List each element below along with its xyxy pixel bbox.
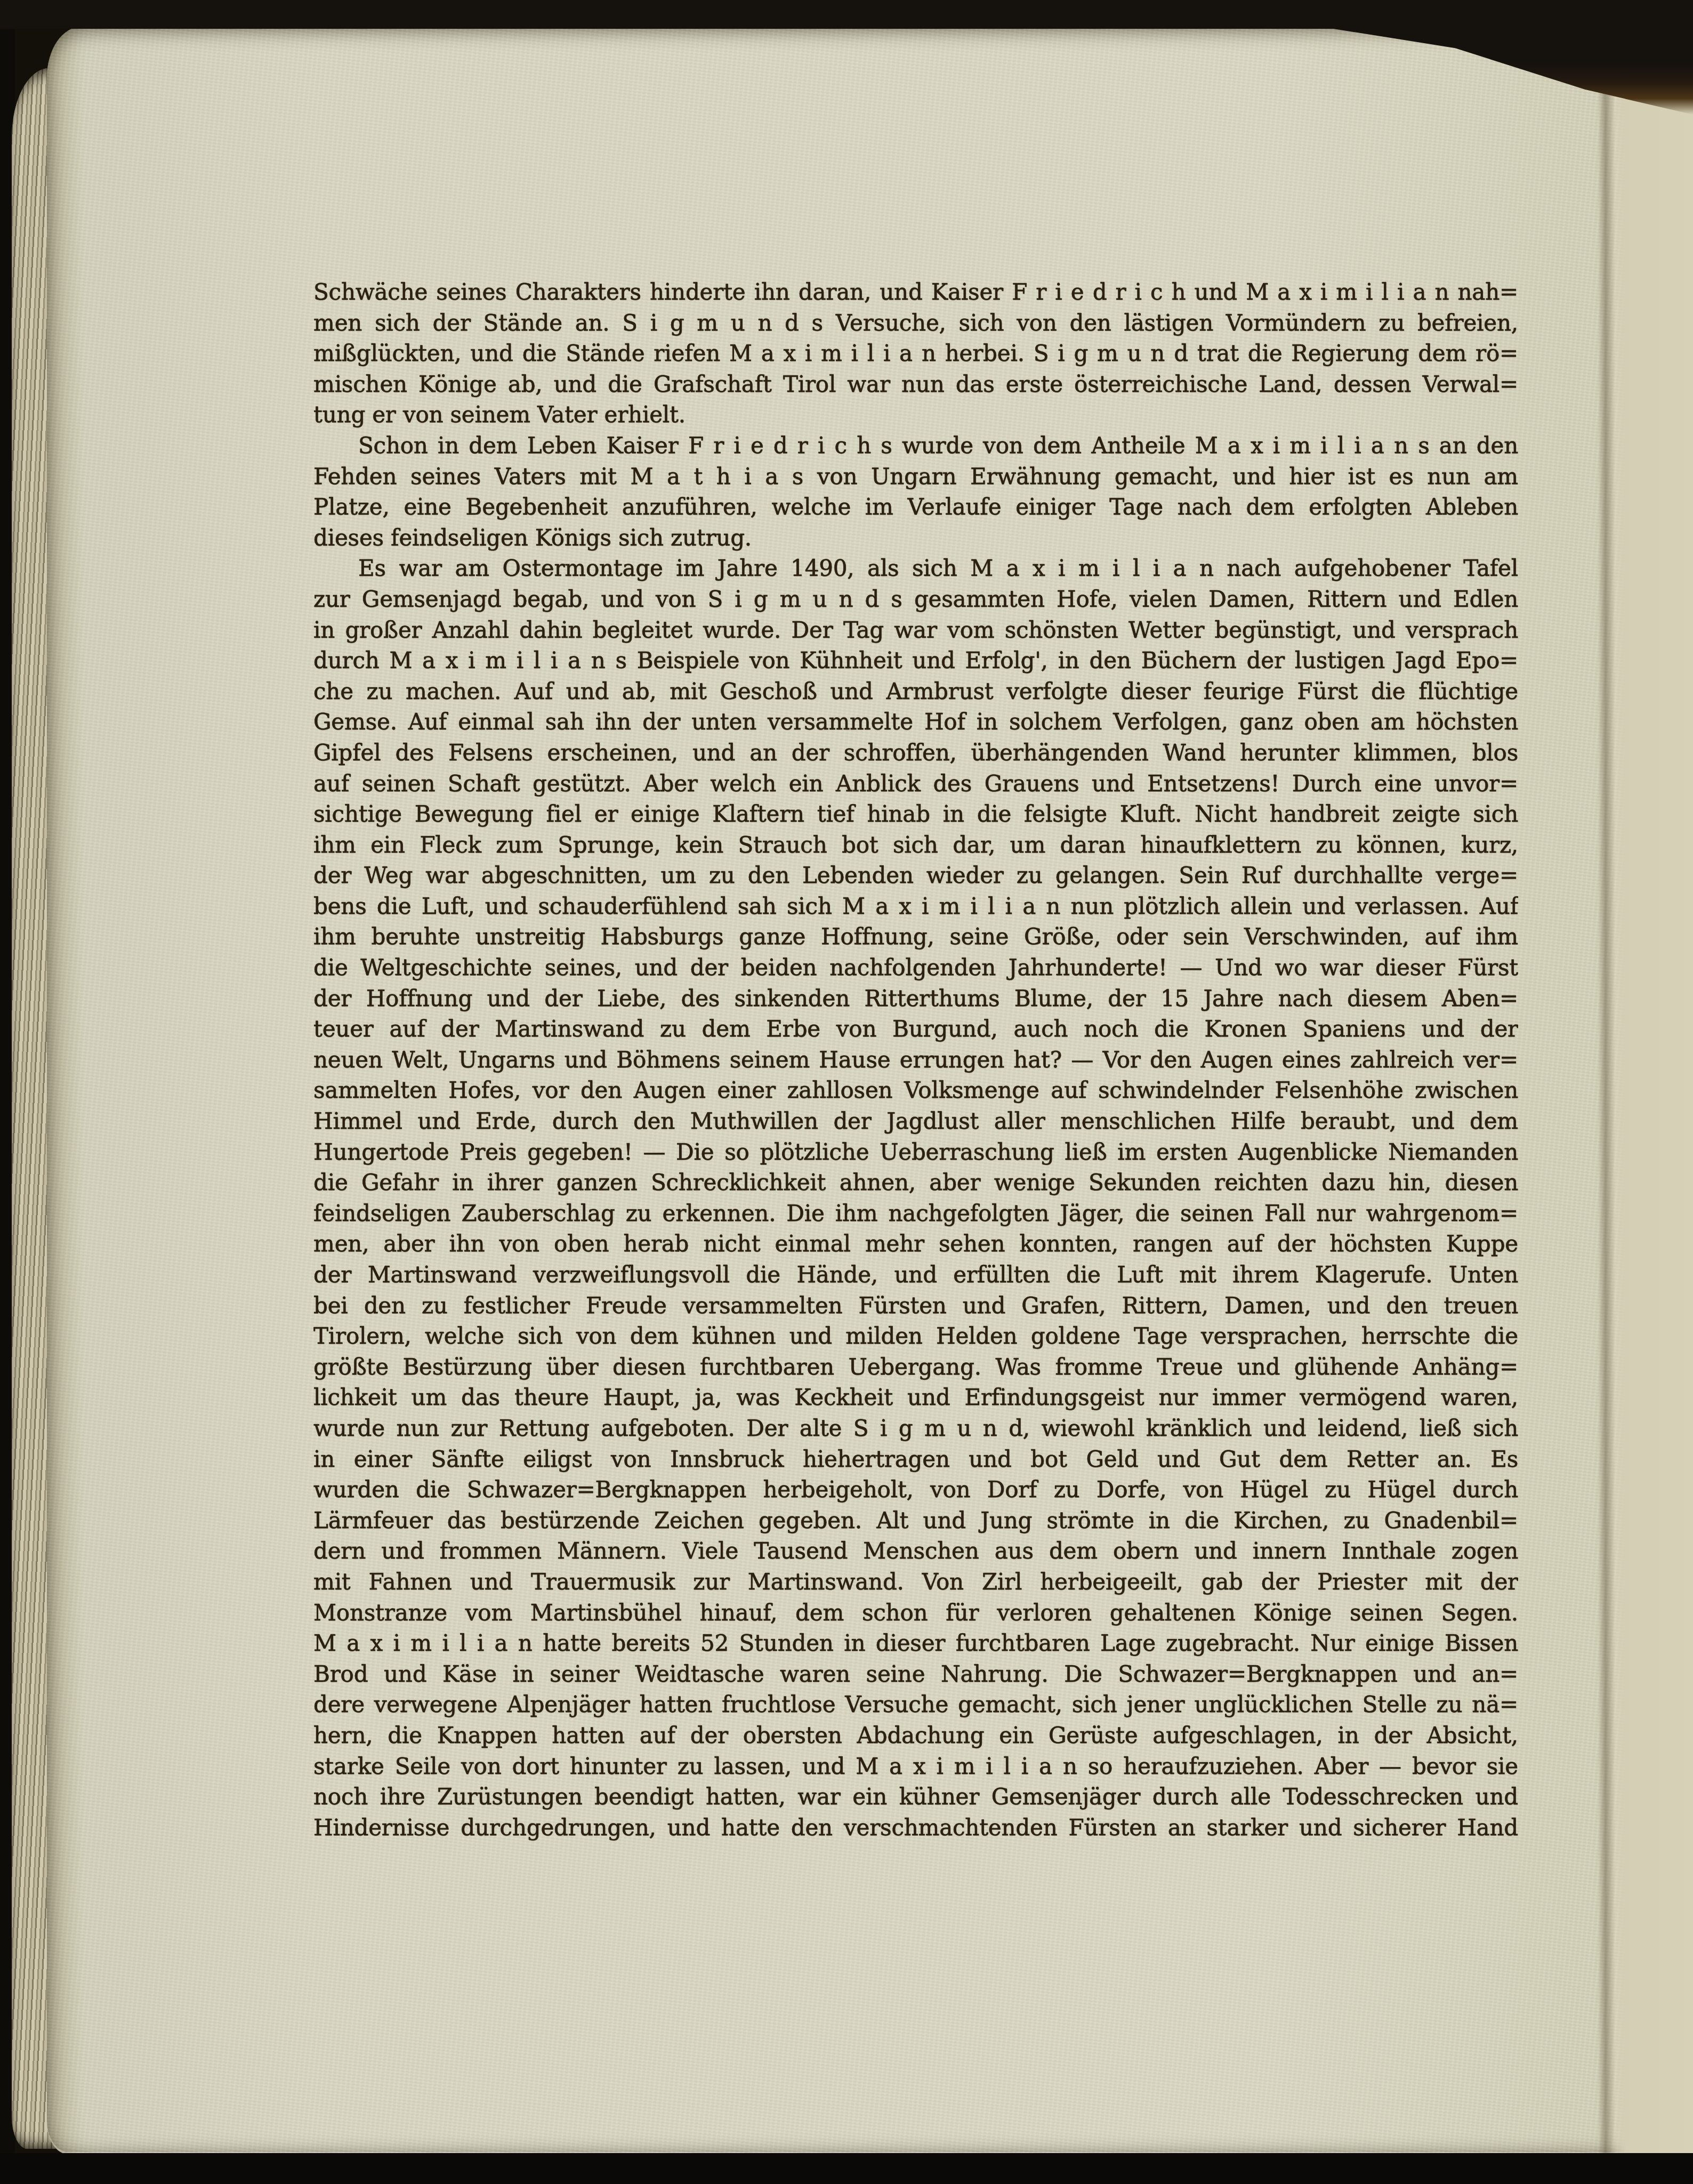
- text-line: ihm beruhte unstreitig Habsburgs ganze H…: [313, 921, 1518, 952]
- text-line: neuen Welt, Ungarns und Böhmens seinem H…: [313, 1045, 1518, 1075]
- text-line: M a x i m i l i a n hatte bereits 52 Stu…: [313, 1628, 1518, 1659]
- text-line: auf seinen Schaft gestützt. Aber welch e…: [313, 768, 1518, 799]
- text-line: hern, die Knappen hatten auf der oberste…: [313, 1720, 1518, 1751]
- text-line: lichkeit um das theure Haupt, ja, was Ke…: [313, 1382, 1518, 1413]
- paragraph: Schon in dem Leben Kaiser F r i e d r i …: [313, 430, 1518, 553]
- text-line: starke Seile von dort hinunter zu lassen…: [313, 1751, 1518, 1782]
- text-line: die Weltgeschichte seines, und der beide…: [313, 952, 1518, 983]
- text-line: che zu machen. Auf und ab, mit Geschoß u…: [313, 676, 1518, 707]
- text-line: Lärmfeuer das bestürzende Zeichen gegebe…: [313, 1505, 1518, 1536]
- text-line: in großer Anzahl dahin begleitet wurde. …: [313, 615, 1518, 646]
- text-line: noch ihre Zurüstungen beendigt hatten, w…: [313, 1781, 1518, 1812]
- text-line: sammelten Hofes, vor den Augen einer zah…: [313, 1075, 1518, 1106]
- text-line: Tirolern, welche sich von dem kühnen und…: [313, 1321, 1518, 1352]
- text-line: mit Fahnen und Trauermusik zur Martinswa…: [313, 1567, 1518, 1597]
- text-line: wurde nun zur Rettung aufgeboten. Der al…: [313, 1413, 1518, 1444]
- text-line: sichtige Bewegung fiel er einige Klafter…: [313, 799, 1518, 830]
- text-line: wurden die Schwazer=Bergknappen herbeige…: [313, 1474, 1518, 1505]
- text-line: in einer Sänfte eiligst von Innsbruck hi…: [313, 1444, 1518, 1475]
- book-scan: Schwäche seines Charakters hinderte ihn …: [0, 0, 1693, 2184]
- text-line: dere verwegene Alpenjäger hatten fruchtl…: [313, 1689, 1518, 1720]
- text-line: bens die Luft, und schauderfühlend sah s…: [313, 891, 1518, 922]
- text-line: Hindernisse durchgedrungen, und hatte de…: [313, 1812, 1518, 1843]
- text-line: Himmel und Erde, durch den Muthwillen de…: [313, 1106, 1518, 1137]
- text-line: größte Bestürzung über diesen furchtbare…: [313, 1352, 1518, 1383]
- text-line: ihm ein Fleck zum Sprunge, kein Strauch …: [313, 830, 1518, 861]
- text-line: Brod und Käse in seiner Weidtasche waren…: [313, 1659, 1518, 1690]
- text-line: Hungertode Preis gegeben! — Die so plötz…: [313, 1137, 1518, 1168]
- text-line: bei den zu festlicher Freude versammelte…: [313, 1290, 1518, 1321]
- text-line: teuer auf der Martinswand zu dem Erbe vo…: [313, 1014, 1518, 1045]
- gutter-fold: [1598, 28, 1693, 2174]
- text-line: die Gefahr in ihrer ganzen Schrecklichke…: [313, 1167, 1518, 1198]
- text-line: dieses feindseligen Königs sich zutrug.: [313, 523, 1518, 553]
- text-line: Fehden seines Vaters mit M a t h i a s v…: [313, 461, 1518, 492]
- text-line: feindseligen Zauberschlag zu erkennen. D…: [313, 1198, 1518, 1229]
- text-line: der Hoffnung und der Liebe, des sinkende…: [313, 983, 1518, 1014]
- text-line: men, aber ihn von oben herab nicht einma…: [313, 1228, 1518, 1259]
- text-line: mischen Könige ab, und die Grafschaft Ti…: [313, 369, 1518, 400]
- background-bottom: [0, 2153, 1693, 2184]
- text-line: Gipfel des Felsens erscheinen, und an de…: [313, 737, 1518, 768]
- text-line: Monstranze vom Martinsbühel hinauf, dem …: [313, 1597, 1518, 1628]
- text-line: Schwäche seines Charakters hinderte ihn …: [313, 277, 1518, 308]
- text-line: mißglückten, und die Stände riefen M a x…: [313, 338, 1518, 369]
- text-line: durch M a x i m i l i a n s Beispiele vo…: [313, 645, 1518, 676]
- text-line: Es war am Ostermontage im Jahre 1490, al…: [313, 553, 1518, 584]
- text-line: dern und frommen Männern. Viele Tausend …: [313, 1536, 1518, 1567]
- paragraph: Schwäche seines Charakters hinderte ihn …: [313, 277, 1518, 430]
- text-line: Platze, eine Begebenheit anzuführen, wel…: [313, 492, 1518, 523]
- text-line: tung er von seinem Vater erhielt.: [313, 399, 1518, 430]
- paragraph: Es war am Ostermontage im Jahre 1490, al…: [313, 553, 1518, 1843]
- text-line: zur Gemsenjagd begab, und von S i g m u …: [313, 584, 1518, 615]
- text-line: der Martinswand verzweiflungsvoll die Hä…: [313, 1259, 1518, 1290]
- text-line: Schon in dem Leben Kaiser F r i e d r i …: [313, 430, 1518, 461]
- text-line: men sich der Stände an. S i g m u n d s …: [313, 308, 1518, 339]
- page-text: Schwäche seines Charakters hinderte ihn …: [313, 277, 1518, 1843]
- text-line: der Weg war abgeschnitten, um zu den Leb…: [313, 860, 1518, 891]
- text-line: Gemse. Auf einmal sah ihn der unten vers…: [313, 706, 1518, 737]
